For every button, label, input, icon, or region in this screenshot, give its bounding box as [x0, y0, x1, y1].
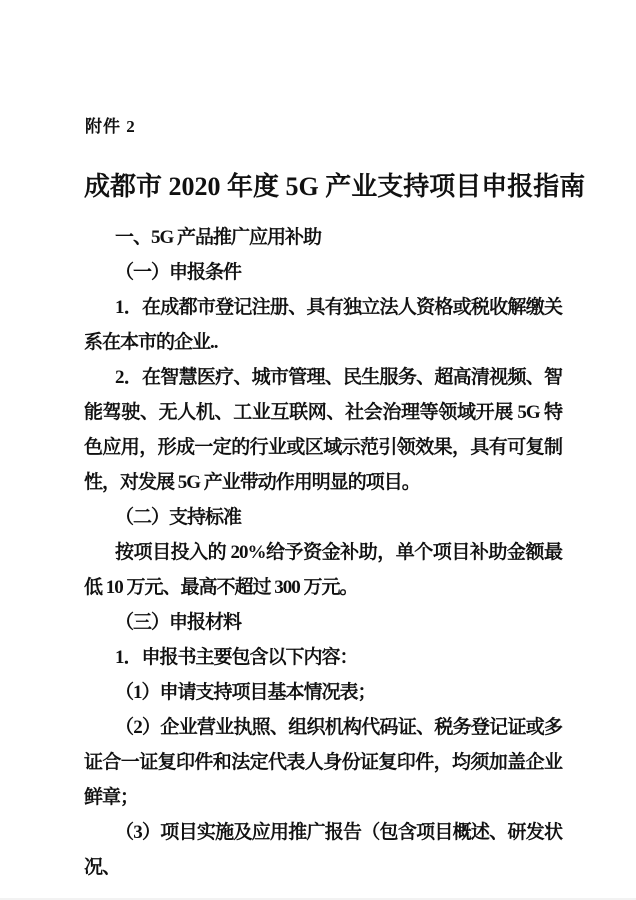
paragraph: （1）申请支持项目基本情况表；: [84, 675, 562, 710]
section-heading: 一、5G 产品推广应用补助: [84, 220, 562, 255]
page-title: 成都市 2020 年度 5G 产业支持项目申报指南: [84, 166, 562, 203]
paragraph: 1．在成都市登记注册、具有独立法人资格或税收解缴关系在本市的企业..: [84, 290, 562, 360]
paragraph: 按项目投入的 20%给予资金补助，单个项目补助金额最低 10 万元、最高不超过 …: [84, 535, 562, 605]
paragraph: 1．申报书主要包含以下内容：: [84, 640, 562, 675]
document-body: 一、5G 产品推广应用补助（一）申报条件1．在成都市登记注册、具有独立法人资格或…: [84, 220, 562, 885]
document-page: 附件 2 成都市 2020 年度 5G 产业支持项目申报指南 一、5G 产品推广…: [0, 0, 636, 900]
section-heading: （三）申报材料: [84, 605, 562, 640]
attachment-label: 附件 2: [85, 112, 136, 137]
paragraph: （2）企业营业执照、组织机构代码证、税务登记证或多证合一证复印件和法定代表人身份…: [84, 710, 562, 815]
paragraph: 2．在智慧医疗、城市管理、民生服务、超高清视频、智能驾驶、无人机、工业互联网、社…: [84, 360, 562, 500]
section-heading: （二）支持标准: [84, 500, 562, 535]
section-heading: （一）申报条件: [84, 255, 562, 290]
paragraph: （3）项目实施及应用推广报告（包含项目概述、研发状况、: [84, 815, 562, 885]
